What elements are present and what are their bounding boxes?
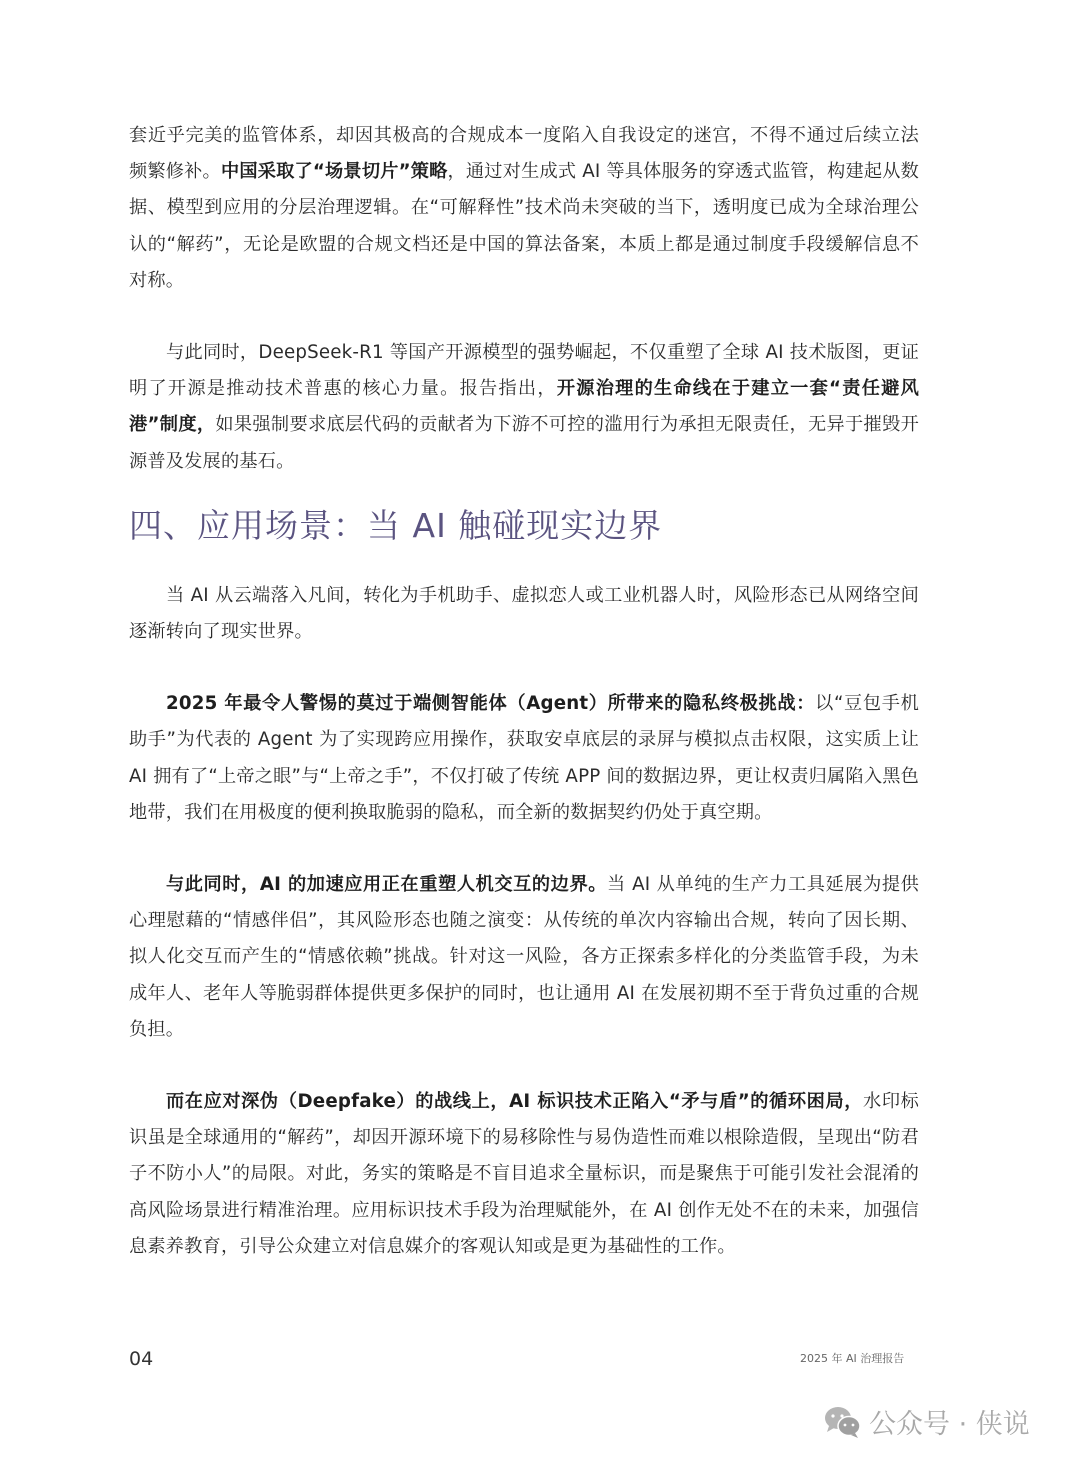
bold-agent-challenge: 2025 年最令人警惕的莫过于端侧智能体（Agent）所带来的隐私终极挑战： [166,693,815,714]
watermark-text: 公众号 · 侠说 [869,1402,1030,1441]
document-page: 套近乎完美的监管体系，却因其极高的合规成本一度陷入自我设定的迷宫，不得不通过后续… [129,118,919,1265]
bold-interaction-boundary: 与此同时，AI 的加速应用正在重塑人机交互的边界。 [166,874,607,895]
bold-deepfake-dilemma: 而在应对深伪（Deepfake）的战线上，AI 标识技术正陷入“矛与盾”的循环困… [166,1091,863,1112]
paragraph-human-ai-interaction: 与此同时，AI 的加速应用正在重塑人机交互的边界。当 AI 从单纯的生产力工具延… [129,867,919,1048]
report-title: 2025 年 AI 治理报告 [800,1350,904,1366]
paragraph-regulatory-systems: 套近乎完美的监管体系，却因其极高的合规成本一度陷入自我设定的迷宫，不得不通过后续… [129,118,919,299]
paragraph-deepfake: 而在应对深伪（Deepfake）的战线上，AI 标识技术正陷入“矛与盾”的循环困… [129,1084,919,1265]
section-heading: 四、应用场景：当 AI 触碰现实边界 [129,504,919,548]
paragraph-open-source: 与此同时，DeepSeek-R1 等国产开源模型的强势崛起，不仅重塑了全球 AI… [129,335,919,480]
bold-scene-slicing: 中国采取了“场景切片”策略 [221,161,448,182]
watermark: 公众号 · 侠说 [823,1402,1030,1441]
paragraph-agent-privacy: 2025 年最令人警惕的莫过于端侧智能体（Agent）所带来的隐私终极挑战：以“… [129,686,919,831]
paragraph-ai-reality: 当 AI 从云端落入凡间，转化为手机助手、虚拟恋人或工业机器人时，风险形态已从网… [129,578,919,650]
page-number: 04 [129,1348,153,1370]
wechat-icon [823,1405,863,1439]
